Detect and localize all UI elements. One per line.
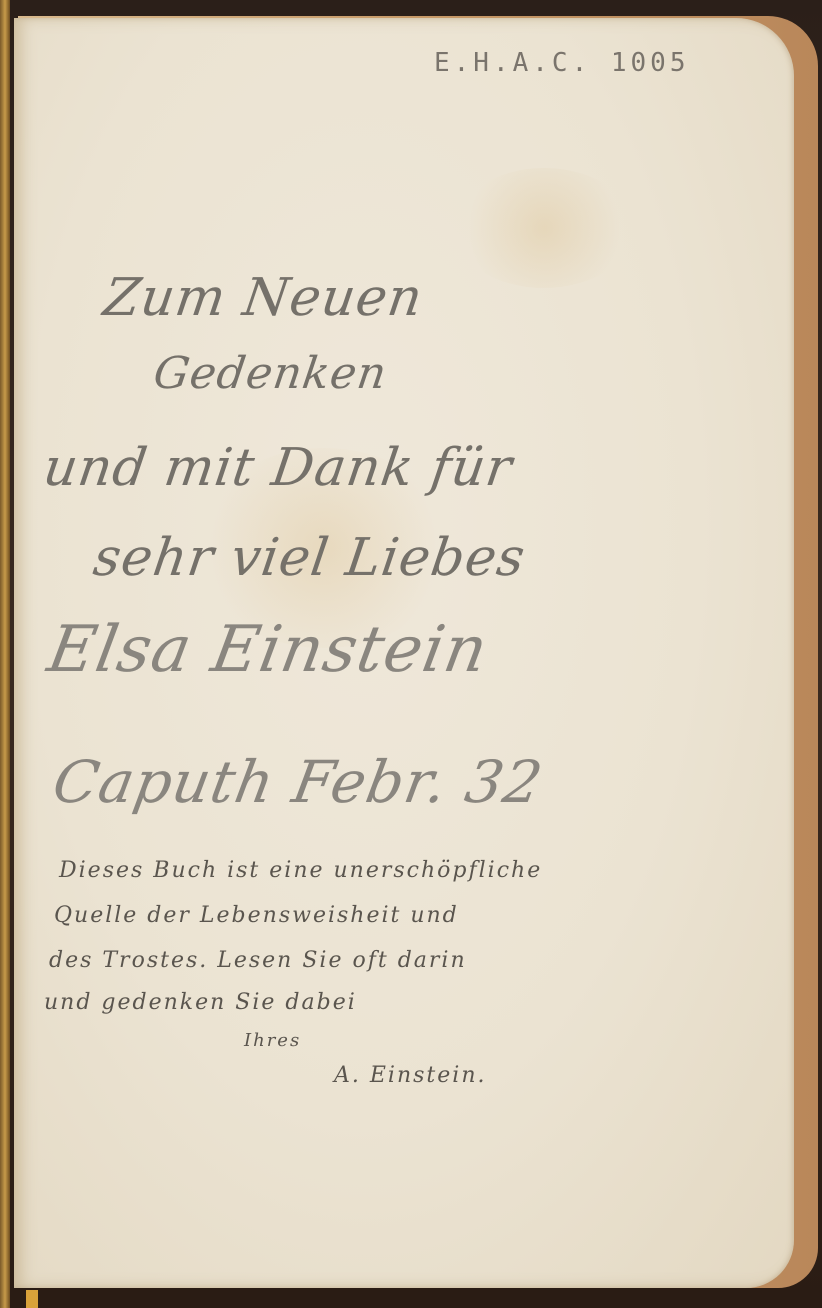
elsa-line-2: Gedenken [150,348,390,399]
elsa-line-3: und mit Dank für [40,438,516,498]
albert-line-3: des Trostes. Lesen Sie oft darin [49,948,467,973]
albert-signature: A. Einstein. [334,1063,487,1088]
albert-line-4: und gedenken Sie dabei [44,990,357,1015]
top-notation: E.H.A.C. 1005 [434,48,690,78]
endpaper-page: E.H.A.C. 1005 Zum Neuen Gedenken und mit… [14,18,794,1288]
elsa-signature: Elsa Einstein [42,613,493,687]
albert-line-2: Quelle der Lebensweisheit und [54,903,459,928]
elsa-line-4: sehr viel Liebes [90,528,529,588]
albert-closing: Ihres [244,1030,301,1051]
gilt-spine-edge [0,0,10,1308]
elsa-place-date: Caputh Febr. 32 [48,748,548,816]
gilt-bottom-corner [26,1290,38,1308]
foxing-stain [454,168,634,288]
elsa-line-1: Zum Neuen [100,268,427,328]
albert-line-1: Dieses Buch ist eine unerschöpfliche [59,858,542,883]
